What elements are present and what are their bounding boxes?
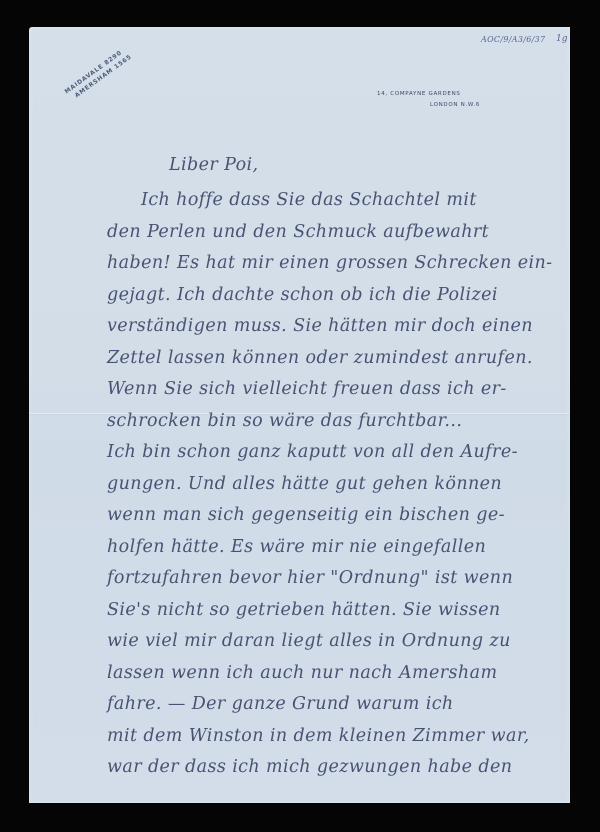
letter-line: gejagt. Ich dachte schon ob ich die Poli…: [79, 280, 569, 312]
letter-body: Liber Poi, Ich hoffe dass Sie das Schach…: [79, 145, 569, 784]
stamp-line-2: AMERSHAM 1565: [68, 43, 146, 103]
letter-line: mit dem Winston in dem kleinen Zimmer wa…: [79, 721, 569, 753]
letter-line: lassen wenn ich auch nur nach Amersham: [79, 658, 569, 690]
letter-line: war der dass ich mich gezwungen habe den: [79, 752, 569, 784]
letter-line: fortzufahren bevor hier "Ordnung" ist we…: [79, 563, 569, 595]
stamp-line-1: MAIDAVALE 8290: [63, 36, 141, 96]
letter-line: den Perlen und den Schmuck aufbewahrt: [79, 217, 569, 249]
letter-line: Sie's nicht so getrieben hätten. Sie wis…: [79, 595, 569, 627]
letter-paper: MAIDAVALE 8290 AMERSHAM 1565 14, COMPAYN…: [29, 27, 570, 803]
letter-line: wenn man sich gegenseitig ein bischen ge…: [79, 500, 569, 532]
address-line-2: LONDON N.W.6: [377, 100, 480, 111]
letter-line: wie viel mir daran liegt alles in Ordnun…: [79, 626, 569, 658]
letter-line: Ich bin schon ganz kaputt von all den Au…: [79, 437, 569, 469]
letter-line: fahre. — Der ganze Grund warum ich: [79, 689, 569, 721]
letter-line: Zettel lassen können oder zumindest anru…: [79, 343, 569, 375]
letterhead-address: 14, COMPAYNE GARDENS LONDON N.W.6: [377, 89, 480, 111]
archive-reference: AOC/9/A3/6/37: [481, 35, 545, 44]
letter-line: gungen. Und alles hätte gut gehen können: [79, 469, 569, 501]
letter-line: Wenn Sie sich vielleicht freuen dass ich…: [79, 374, 569, 406]
letter-line: haben! Es hat mir einen grossen Schrecke…: [79, 248, 569, 280]
letter-line: holfen hätte. Es wäre mir nie eingefalle…: [79, 532, 569, 564]
address-line-1: 14, COMPAYNE GARDENS: [377, 89, 480, 100]
letter-line: verständigen muss. Sie hätten mir doch e…: [79, 311, 569, 343]
salutation: Liber Poi,: [79, 145, 569, 185]
letter-line: Ich hoffe dass Sie das Schachtel mit: [79, 185, 569, 217]
letter-line: schrocken bin so wäre das furchtbar...: [79, 406, 569, 438]
folio-number: 1g: [556, 34, 568, 44]
telephone-stamp: MAIDAVALE 8290 AMERSHAM 1565: [63, 36, 146, 103]
